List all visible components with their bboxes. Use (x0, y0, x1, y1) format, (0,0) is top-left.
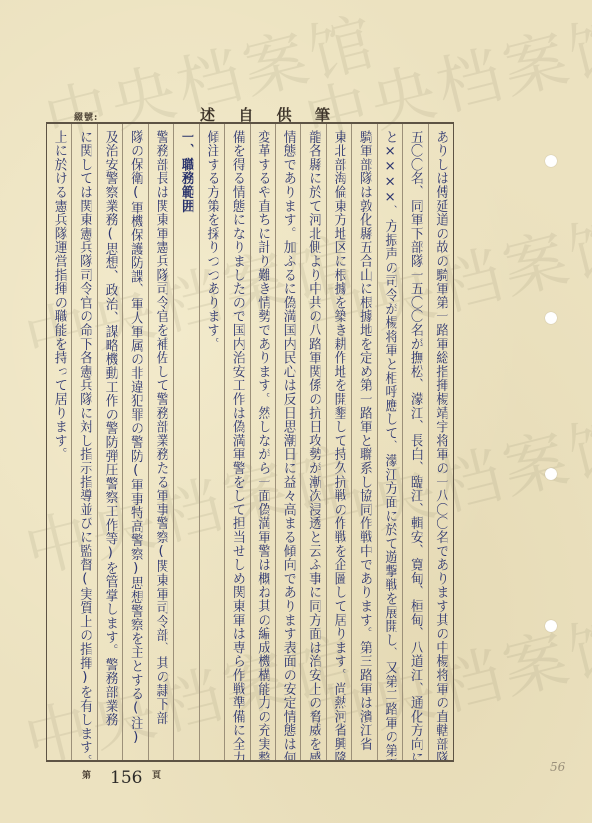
manuscript-column: 情態であります。加ふるに偽満国内民心は反日思潮日に益々高まる傾向であります表面の… (275, 124, 300, 760)
manuscript-column: 警務部長は関東軍憲兵隊司令官を補佐して警務部業務たる軍事警察(関東軍司令部、其の… (148, 124, 173, 760)
manuscript-grid: ありしは傅延道の故の騎軍第一路軍総指揮楊靖宇将軍の一八〇〇名であります其の中楊将… (46, 122, 454, 762)
column-text: 備を得る情態になりましたので国内治安工作は偽満軍警をして担当せしめ関東軍は専ら作… (231, 130, 244, 760)
manuscript-column: に関しては関東憲兵隊司令官の命下各憲兵隊に対し指示指導並びに監督(実質上の指揮)… (71, 124, 96, 760)
page-suffix: 頁 (152, 768, 161, 781)
column-text: 五〇〇名、同軍下部隊一五〇〇名が撫松、濛江、長白、臨江、輯安、寛甸、桓甸、八道江… (409, 130, 422, 760)
column-text: と××××、方振声の司令が楊将軍と相呼應して、濛江方面に於て遊撃戦を展開し、又第… (383, 130, 396, 760)
punch-hole (545, 155, 557, 167)
punch-hole (545, 468, 557, 480)
manuscript-column: 及治安警察業務(思想、政治、謀略機動工作の警防弾圧警察工作等)を管掌します。警務… (97, 124, 122, 760)
manuscript-column: 東北部海倫東方地区に根據を築き耕作地を開墾して持久抗戦の作戦を企圖して居ります。… (326, 124, 351, 760)
punch-hole (545, 312, 557, 324)
manuscript-column: ありしは傅延道の故の騎軍第一路軍総指揮楊靖宇将軍の一八〇〇名であります其の中楊将… (428, 124, 453, 760)
manuscript-column: 一、職務範囲 (173, 124, 198, 760)
column-text: 東北部海倫東方地区に根據を築き耕作地を開墾して持久抗戦の作戦を企圖して居ります。… (332, 130, 345, 760)
punch-hole (545, 620, 557, 632)
section-heading: 一、職務範囲 (180, 130, 193, 760)
manuscript-column: 備を得る情態になりましたので国内治安工作は偽満軍警をして担当せしめ関東軍は専ら作… (224, 124, 249, 760)
page-number: 156 (110, 768, 142, 788)
column-text: 騎軍部隊は敦化縣五合山に根據地を定め第一路軍と聯系し協同作戦中であります。第三路… (358, 130, 371, 760)
column-text: 警務部長は関東軍憲兵隊司令官を補佐して警務部業務たる軍事警察(関東軍司令部、其の… (154, 130, 167, 760)
column-text: 龍各縣に於て河北側より中共の八路軍関係の抗日攻勢が漸次浸透と云ふ事に同方面は治安… (307, 130, 320, 760)
document-page: 中央档案馆 中央档案馆 中央档案馆 中央档案馆 中央档案馆 中央档案馆 中央档案… (0, 0, 592, 823)
manuscript-column: 傾注する方策を採りつつあります。 (199, 124, 224, 760)
column-text: 変革するや直ちに計り難き情勢であります。然しながら一面偽満軍警は概ね其の編成機構… (256, 130, 269, 760)
margin-page-note: 56 (550, 760, 565, 774)
manuscript-column: 変革するや直ちに計り難き情勢であります。然しながら一面偽満軍警は概ね其の編成機構… (250, 124, 275, 760)
manuscript-column: 上に於ける憲兵隊運営指揮の職能を持って居ります。 (47, 124, 71, 760)
manuscript-column: 五〇〇名、同軍下部隊一五〇〇名が撫松、濛江、長白、臨江、輯安、寛甸、桓甸、八道江… (402, 124, 427, 760)
column-text: に関しては関東憲兵隊司令官の命下各憲兵隊に対し指示指導並びに監督(実質上の指揮)… (78, 130, 91, 760)
manuscript-column: 騎軍部隊は敦化縣五合山に根據地を定め第一路軍と聯系し協同作戦中であります。第三路… (351, 124, 376, 760)
column-text: 隊の保衛(軍機保護防諜、軍人軍属の非違犯罪の警防(軍事特高警察)思想警察を主とす… (129, 130, 142, 760)
manuscript-column: と××××、方振声の司令が楊将軍と相呼應して、濛江方面に於て遊撃戦を展開し、又第… (377, 124, 402, 760)
page-prefix: 第 (82, 768, 91, 781)
manuscript-column: 龍各縣に於て河北側より中共の八路軍関係の抗日攻勢が漸次浸透と云ふ事に同方面は治安… (300, 124, 325, 760)
column-text: 上に於ける憲兵隊運営指揮の職能を持って居ります。 (53, 130, 66, 760)
column-text: ありしは傅延道の故の騎軍第一路軍総指揮楊靖宇将軍の一八〇〇名であります其の中楊将… (434, 130, 447, 760)
column-text: 情態であります。加ふるに偽満国内民心は反日思潮日に益々高まる傾向であります表面の… (281, 130, 294, 760)
manuscript-column: 隊の保衛(軍機保護防諜、軍人軍属の非違犯罪の警防(軍事特高警察)思想警察を主とす… (122, 124, 147, 760)
column-text: 傾注する方策を採りつつあります。 (205, 130, 218, 760)
column-text: 及治安警察業務(思想、政治、謀略機動工作の警防弾圧警察工作等)を管掌します。警務… (103, 130, 116, 760)
